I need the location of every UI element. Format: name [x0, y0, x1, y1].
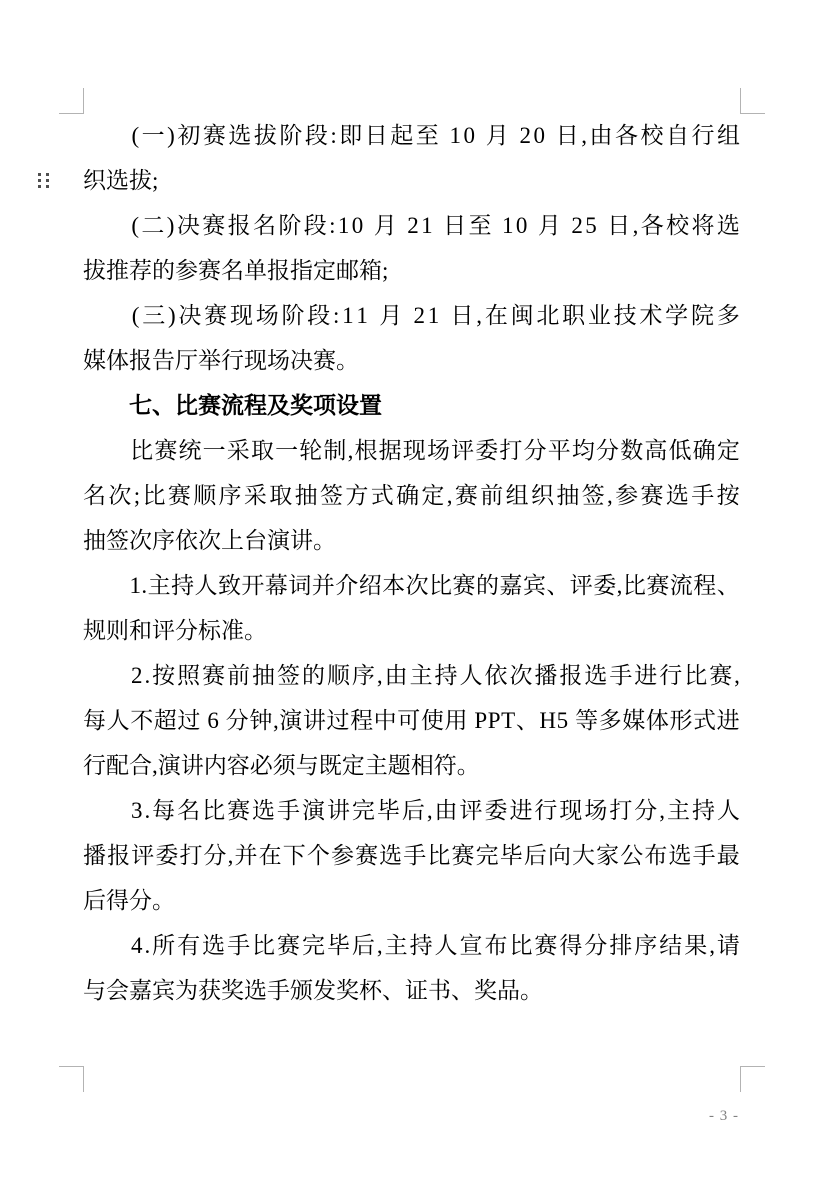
text-line: (三)决赛现场阶段:11 月 21 日,在闽北职业技术学院多 — [83, 293, 740, 338]
dot — [46, 179, 49, 182]
page-number: - 3 - — [698, 1108, 750, 1125]
text-line: 1.主持人致开幕词并介绍本次比赛的嘉宾、评委,比赛流程、 — [83, 563, 740, 608]
first-line-indent — [83, 412, 129, 413]
text-line: 与会嘉宾为获奖选手颁发奖杯、证书、奖品。 — [83, 968, 740, 1013]
first-line-indent — [83, 923, 129, 924]
text-line: 4.所有选手比赛完毕后,主持人宣布比赛得分排序结果,请 — [83, 923, 740, 968]
text-line: 名次;比赛顺序采取抽签方式确定,赛前组织抽签,参赛选手按 — [83, 473, 740, 518]
dot — [38, 173, 41, 176]
text-line: 3.每名比赛选手演讲完毕后,由评委进行现场打分,主持人 — [83, 788, 740, 833]
first-line-indent — [83, 113, 129, 114]
first-line-indent — [83, 293, 129, 294]
text-line: 播报评委打分,并在下个参赛选手比赛完毕后向大家公布选手最 — [83, 833, 740, 878]
text-line: (一)初赛选拔阶段:即日起至 10 月 20 日,由各校自行组 — [83, 113, 740, 158]
text-line: 2.按照赛前抽签的顺序,由主持人依次播报选手进行比赛, — [83, 653, 740, 698]
first-line-indent — [83, 203, 129, 204]
heading-line: 七、比赛流程及奖项设置 — [83, 383, 740, 428]
first-line-indent — [83, 563, 129, 564]
six-dot-grid-icon[interactable] — [38, 173, 49, 188]
dot — [38, 179, 41, 182]
text-line: 比赛统一采取一轮制,根据现场评委打分平均分数高低确定 — [83, 428, 740, 473]
dot — [38, 185, 41, 188]
crop-mark-top-left-icon — [59, 88, 84, 114]
first-line-indent — [83, 653, 129, 654]
first-line-indent — [83, 788, 129, 789]
text-line: 后得分。 — [83, 878, 740, 923]
crop-mark-bottom-right-icon — [740, 1066, 765, 1092]
text-line: 拔推荐的参赛名单报指定邮箱; — [83, 248, 740, 293]
text-line: 织选拔; — [83, 158, 740, 203]
text-line: 规则和评分标准。 — [83, 608, 740, 653]
crop-mark-top-right-icon — [740, 88, 765, 114]
first-line-indent — [83, 428, 129, 429]
text-line: 每人不超过 6 分钟,演讲过程中可使用 PPT、H5 等多媒体形式进 — [83, 698, 740, 743]
text-line: 媒体报告厅举行现场决赛。 — [83, 338, 740, 383]
document-page: (一)初赛选拔阶段:即日起至 10 月 20 日,由各校自行组织选拔;(二)决赛… — [0, 0, 820, 1182]
text-area: (一)初赛选拔阶段:即日起至 10 月 20 日,由各校自行组织选拔;(二)决赛… — [83, 113, 740, 1013]
dot — [46, 173, 49, 176]
text-line: 抽签次序依次上台演讲。 — [83, 518, 740, 563]
crop-mark-bottom-left-icon — [59, 1066, 84, 1092]
text-line: 行配合,演讲内容必须与既定主题相符。 — [83, 743, 740, 788]
dot — [46, 185, 49, 188]
text-line: (二)决赛报名阶段:10 月 21 日至 10 月 25 日,各校将选 — [83, 203, 740, 248]
